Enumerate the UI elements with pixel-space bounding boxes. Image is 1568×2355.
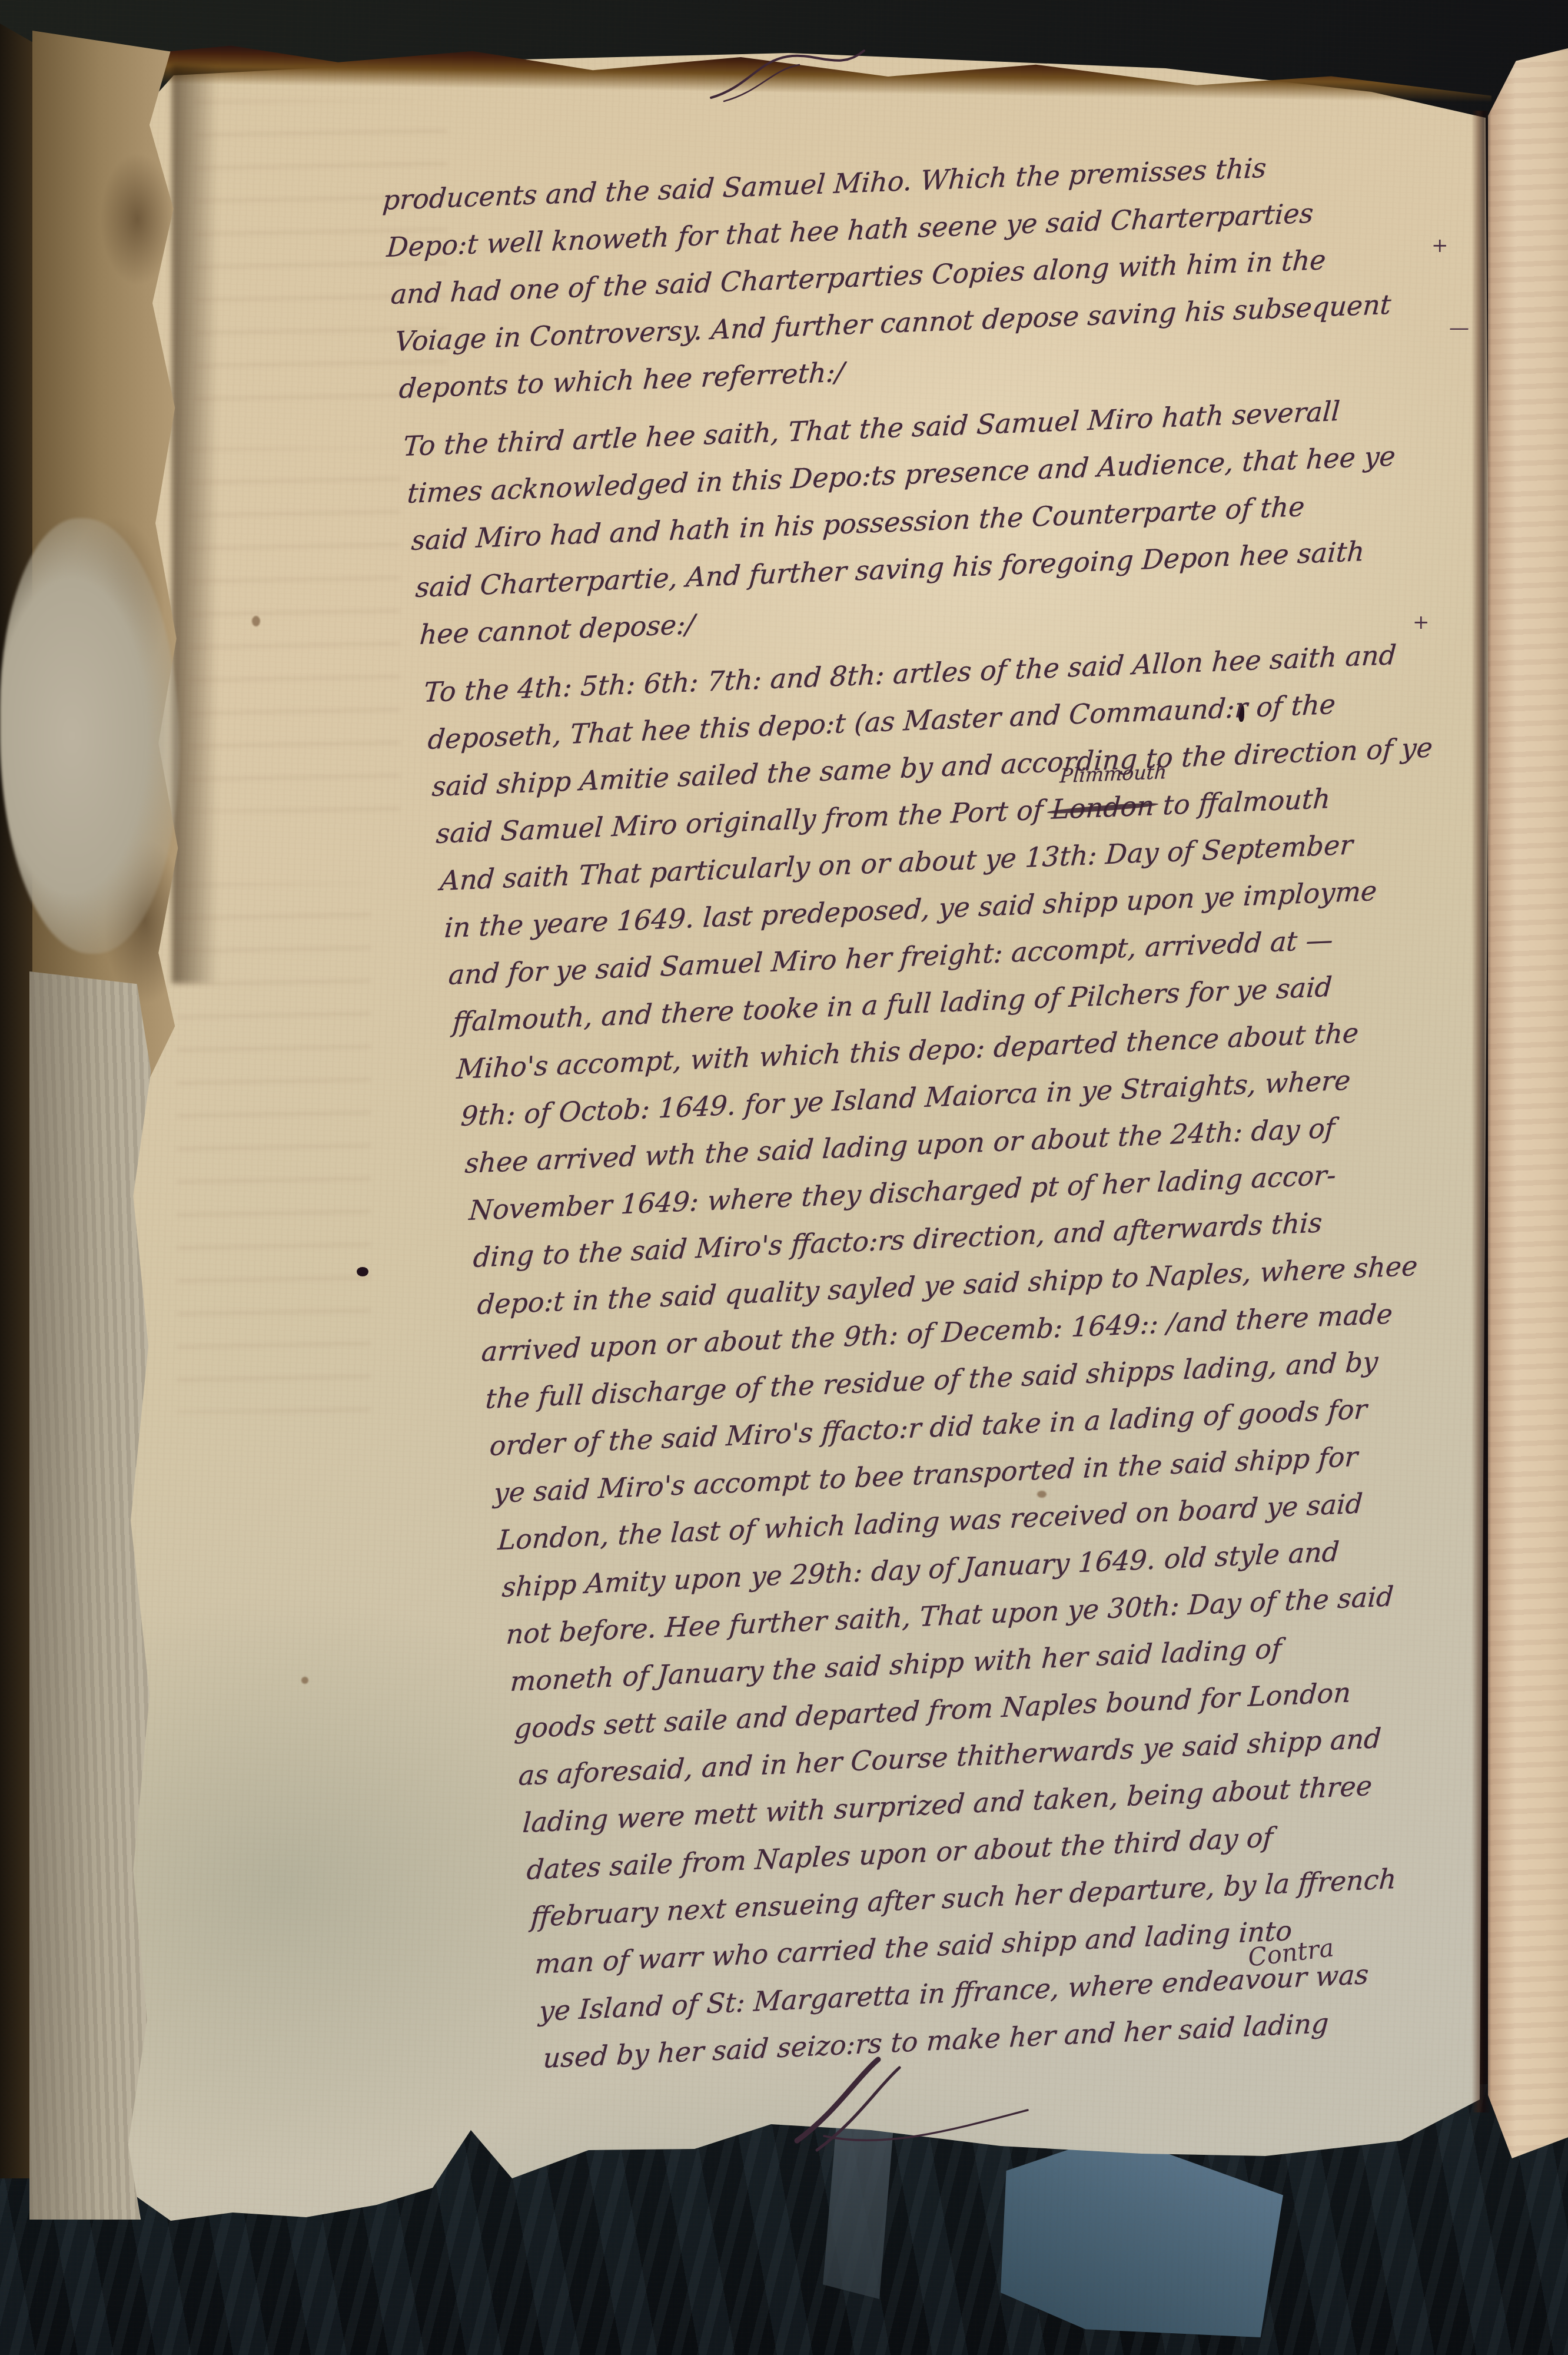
interlinear-insertion: Plimmouth [1059, 762, 1168, 786]
ink-flourish-top [706, 41, 883, 106]
left-edge-shadow [172, 65, 218, 983]
photo-of-manuscript: { "document": { "kind": "17th-century ha… [0, 0, 1568, 2355]
foxing-speck [252, 616, 260, 626]
foxing-speck [301, 1677, 308, 1684]
struck-word: London [1051, 790, 1155, 825]
text-lines: producents and the said Samuel Miho. Whi… [330, 177, 1483, 2119]
facing-page-edge [1488, 48, 1568, 2158]
frayed-leaf-edges-lower [29, 971, 156, 2220]
